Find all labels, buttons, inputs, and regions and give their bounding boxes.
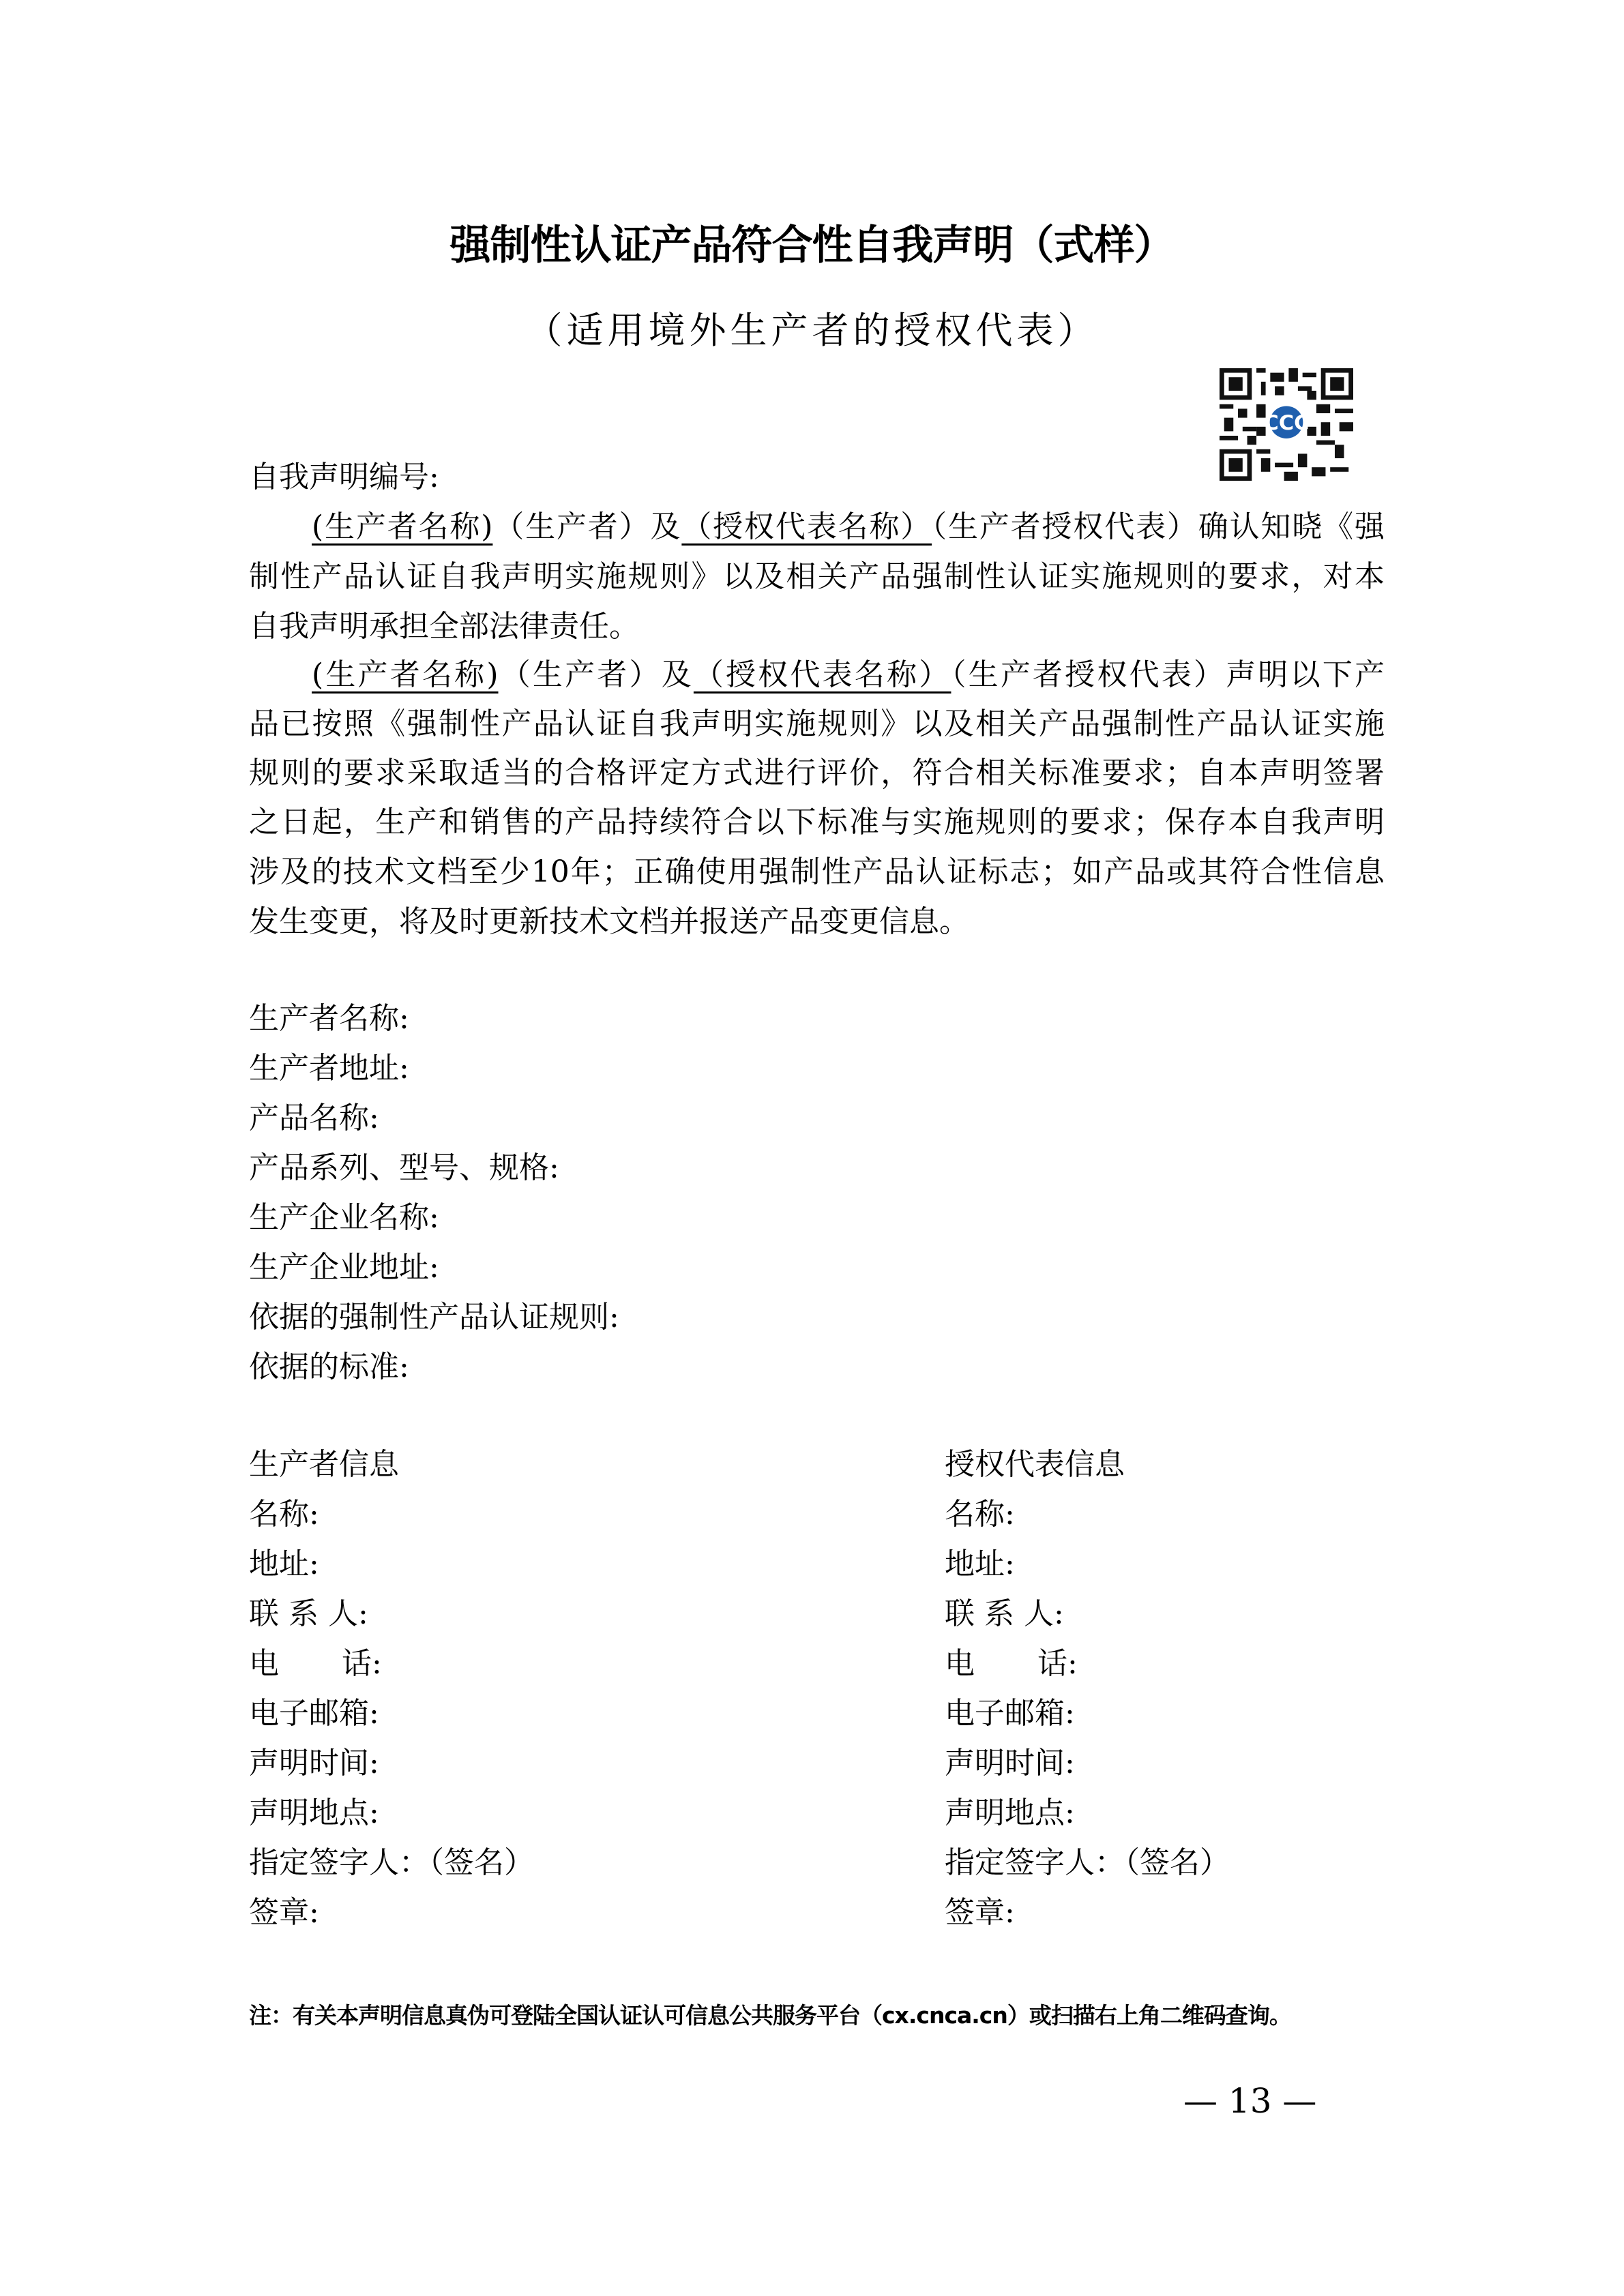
text-segment: （生产者）及	[492, 509, 681, 544]
document-subtitle: （适用境外生产者的授权代表）	[0, 301, 1624, 354]
field-certification-rules: 依据的强制性产品认证规则:	[249, 1297, 619, 1338]
producer-phone-label: 电话:	[249, 1643, 382, 1684]
producer-place-label: 声明地点:	[249, 1793, 379, 1834]
paragraph2-line4: 之日起，生产和销售的产品持续符合以下标准与实施规则的要求；保存本自我声明	[249, 802, 1385, 843]
paragraph2-line6: 发生变更，将及时更新技术文档并报送产品变更信息。	[249, 901, 969, 942]
rep-place-label: 声明地点:	[945, 1793, 1075, 1834]
field-standards: 依据的标准:	[249, 1347, 409, 1388]
paragraph2-line2: 品已按照《强制性产品认证自我声明实施规则》以及相关产品强制性产品认证实施	[249, 704, 1385, 745]
text-segment: （生产者授权代表）声明以下产	[951, 657, 1385, 692]
phone-label-b: 话:	[342, 1646, 382, 1681]
page-number: — 13 —	[1183, 2081, 1316, 2121]
rep-signer-label: 指定签字人：（签名）	[945, 1843, 1230, 1883]
text-segment: （生产者）及	[499, 657, 694, 692]
qr-code-icon[interactable]: CCC	[1220, 368, 1353, 481]
rep-address-label: 地址:	[945, 1544, 1015, 1585]
rep-info-heading: 授权代表信息	[945, 1444, 1125, 1485]
field-product-name: 产品名称:	[249, 1098, 379, 1139]
paragraph1-line1: (生产者名称)（生产者）及（授权代表名称）（生产者授权代表）确认知晓《强	[249, 507, 1385, 548]
declaration-number-label: 自我声明编号:	[249, 457, 439, 498]
producer-name-placeholder: (生产者名称)	[312, 657, 499, 692]
text-segment: （生产者授权代表）确认知晓《强	[932, 509, 1385, 544]
paragraph2-line3: 规则的要求采取适当的合格评定方式进行评价，符合相关标准要求；自本声明签署	[249, 753, 1385, 794]
producer-seal-label: 签章:	[249, 1892, 319, 1933]
producer-info-heading: 生产者信息	[249, 1444, 399, 1485]
rep-name-label: 名称:	[945, 1494, 1015, 1535]
footnote: 注：有关本声明信息真伪可登陆全国认证认可信息公共服务平台（cx.cnca.cn）…	[249, 1998, 1291, 2030]
paragraph1-line3: 自我声明承担全部法律责任。	[249, 606, 639, 647]
rep-name-placeholder: （授权代表名称）	[681, 509, 932, 544]
phone-label-a: 电	[945, 1646, 975, 1681]
field-manufacturer-address: 生产企业地址:	[249, 1247, 439, 1288]
field-product-model: 产品系列、型号、规格:	[249, 1148, 559, 1189]
rep-time-label: 声明时间:	[945, 1743, 1075, 1784]
producer-time-label: 声明时间:	[249, 1743, 379, 1784]
rep-seal-label: 签章:	[945, 1892, 1015, 1933]
rep-phone-label: 电话:	[945, 1643, 1078, 1684]
paragraph1-line2: 制性产品认证自我声明实施规则》以及相关产品强制性认证实施规则的要求，对本	[249, 556, 1385, 597]
document-title: 强制性认证产品符合性自我声明（式样）	[0, 213, 1624, 271]
svg-text:CCC: CCC	[1264, 411, 1310, 435]
producer-address-label: 地址:	[249, 1544, 319, 1585]
producer-name-label: 名称:	[249, 1494, 319, 1535]
producer-email-label: 电子邮箱:	[249, 1693, 379, 1734]
phone-label-a: 电	[249, 1646, 279, 1681]
producer-signer-label: 指定签字人：（签名）	[249, 1843, 534, 1883]
producer-name-placeholder: (生产者名称)	[312, 509, 492, 544]
field-manufacturer-name: 生产企业名称:	[249, 1197, 439, 1238]
rep-contact-label: 联 系 人:	[945, 1594, 1064, 1635]
phone-label-b: 话:	[1037, 1646, 1078, 1681]
field-producer-name: 生产者名称:	[249, 998, 409, 1039]
producer-contact-label: 联 系 人:	[249, 1594, 368, 1635]
field-producer-address: 生产者地址:	[249, 1048, 409, 1089]
rep-name-placeholder: （授权代表名称）	[694, 657, 951, 692]
rep-email-label: 电子邮箱:	[945, 1693, 1075, 1734]
paragraph2-line5: 涉及的技术文档至少10年；正确使用强制性产品认证标志；如产品或其符合性信息	[249, 852, 1385, 893]
paragraph2-line1: (生产者名称)（生产者）及（授权代表名称）（生产者授权代表）声明以下产	[249, 655, 1385, 696]
